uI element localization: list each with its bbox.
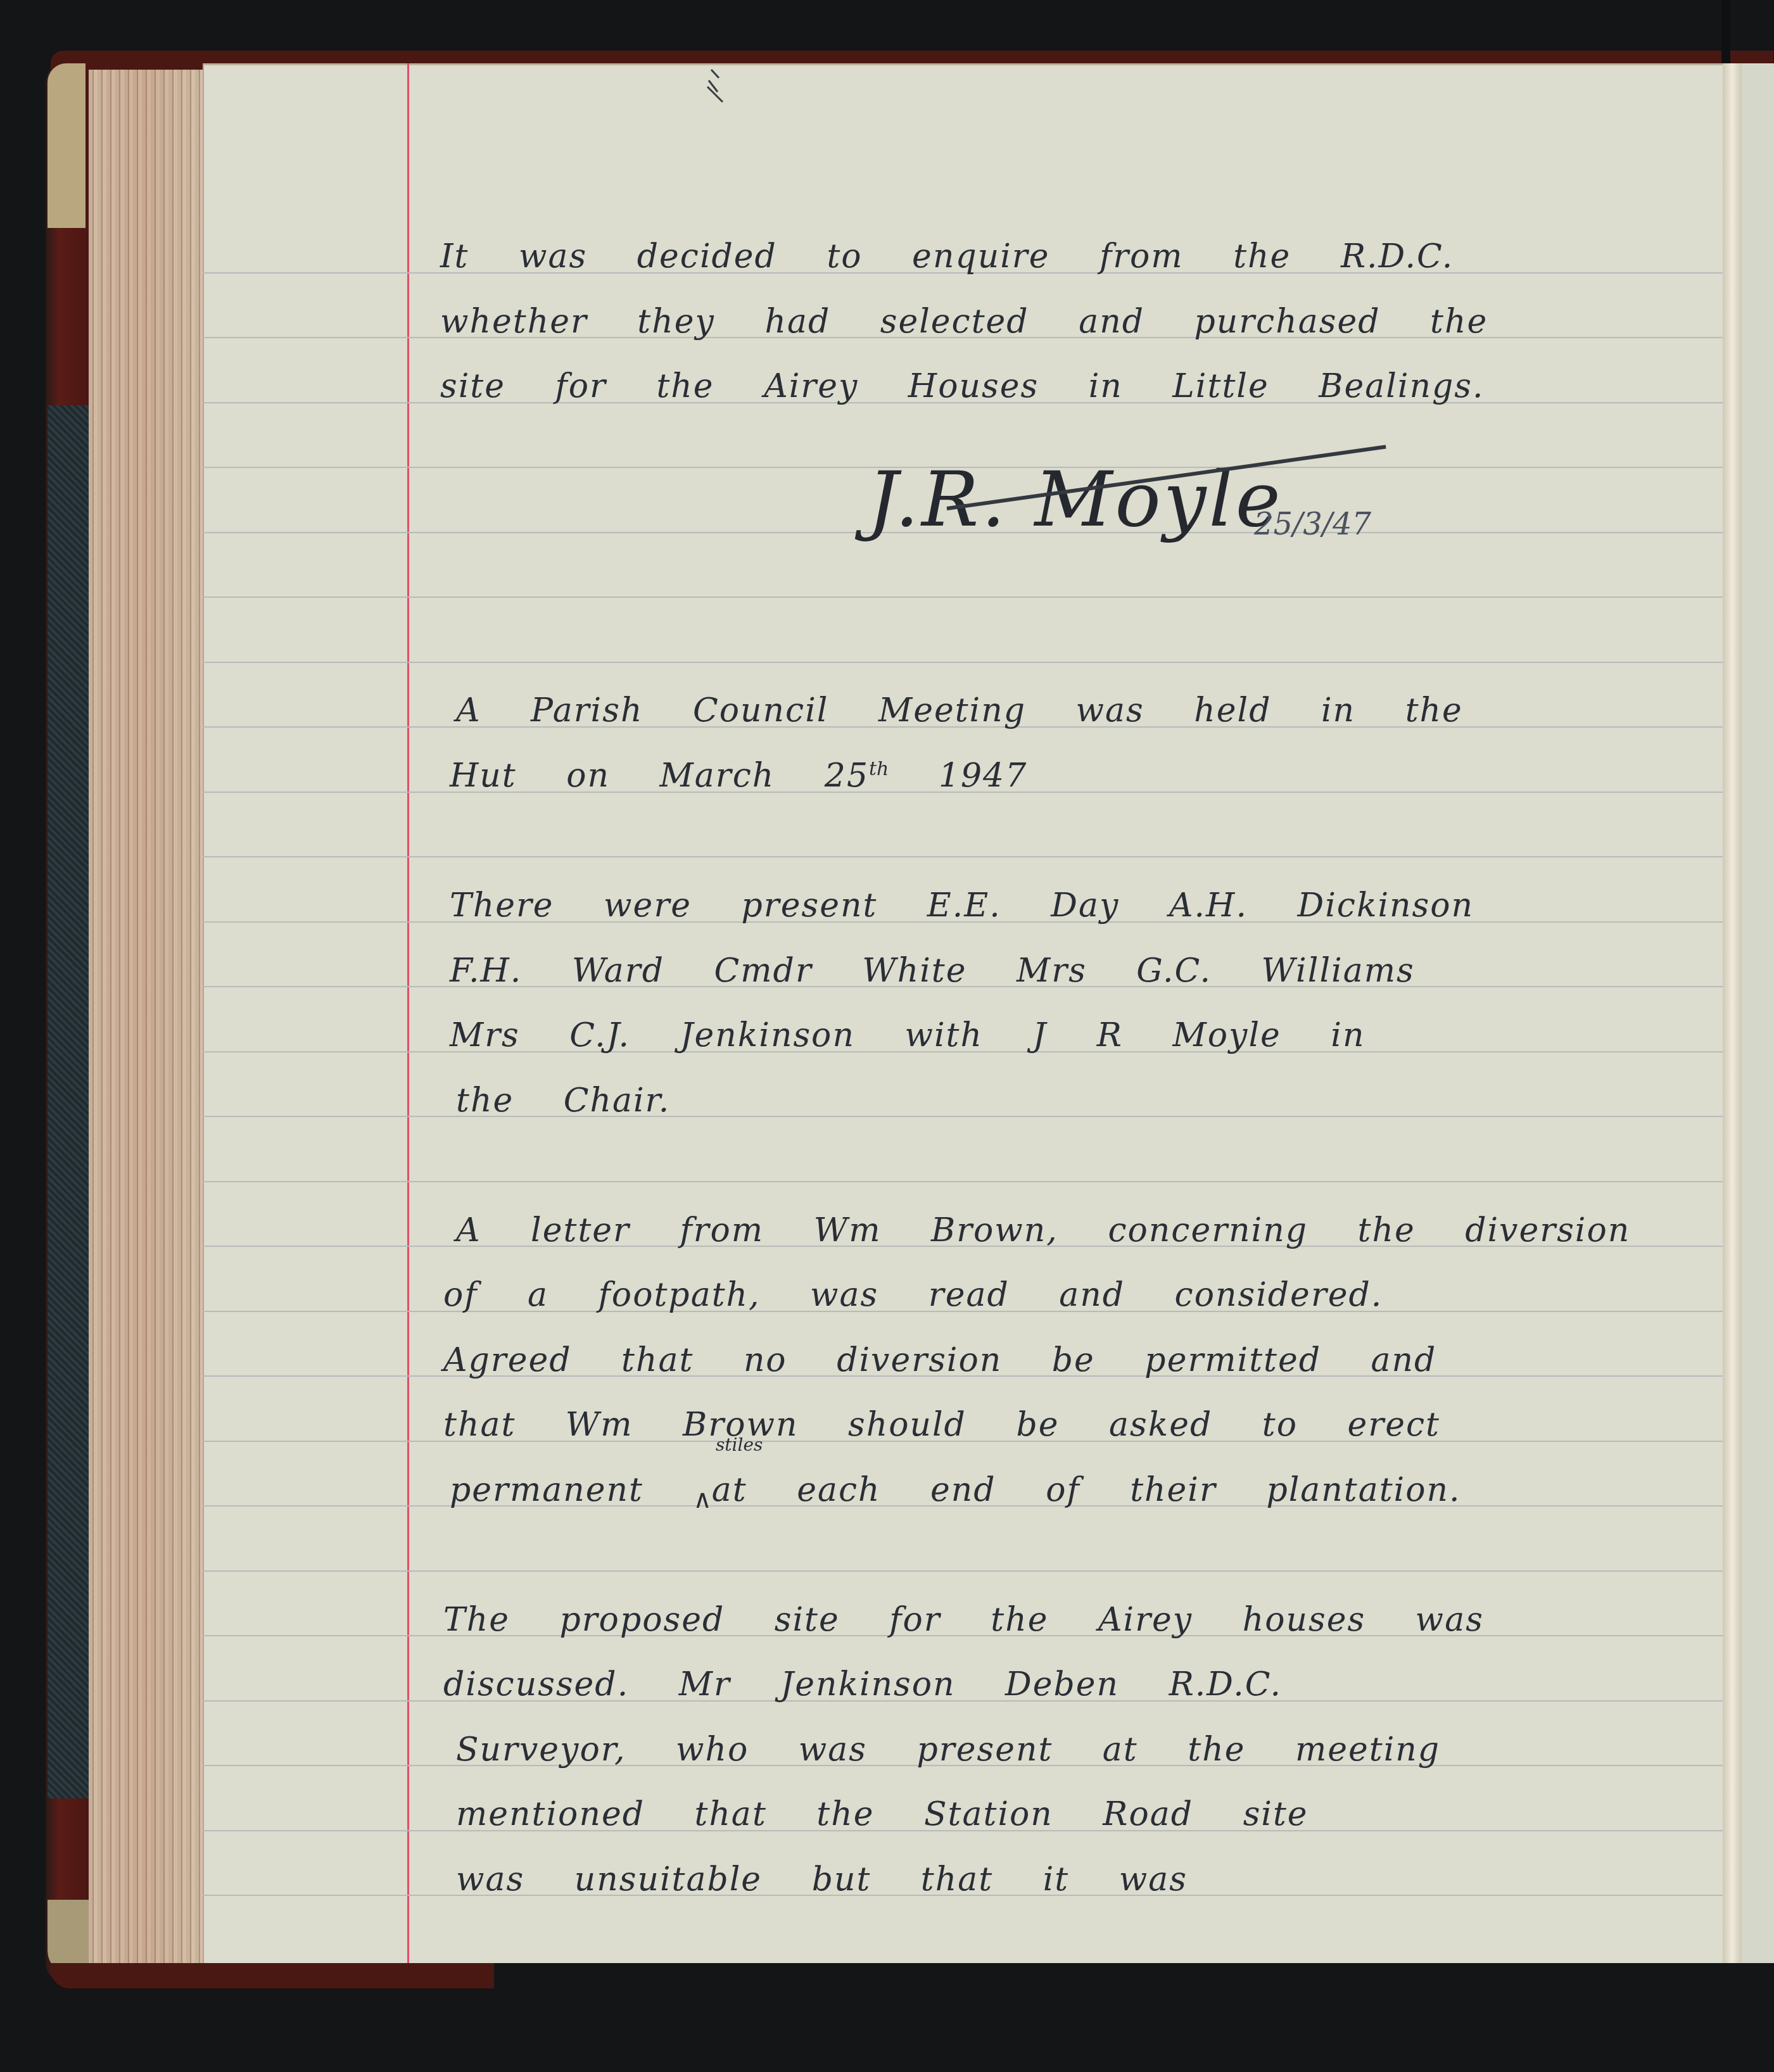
ruled-line bbox=[203, 597, 1723, 598]
site-line: was unsuitable but that it was bbox=[456, 1860, 1188, 1898]
worn-corner-top bbox=[48, 63, 86, 228]
footpath-line: A letter from Wm Brown, concerning the d… bbox=[456, 1211, 1630, 1249]
inserted-word: stiles bbox=[716, 1434, 763, 1455]
footpath-text: permanent bbox=[450, 1471, 643, 1509]
ruled-line bbox=[203, 1181, 1723, 1182]
red-margin-line bbox=[407, 63, 409, 1963]
insertion-caret: ∧ bbox=[693, 1485, 711, 1514]
ruled-line bbox=[203, 1116, 1723, 1117]
footpath-line: Agreed that no diversion be permitted an… bbox=[443, 1341, 1436, 1379]
footpath-line: that Wm Brown should be asked to erect bbox=[443, 1406, 1440, 1444]
pencil-mark bbox=[706, 66, 725, 104]
ruled-line bbox=[203, 1570, 1723, 1572]
attendance-line: the Chair. bbox=[456, 1082, 670, 1120]
page-block-edges bbox=[89, 70, 203, 1963]
footpath-line: permanent ∧at each end of their plantati… bbox=[450, 1471, 1461, 1514]
footpath-line: of a footpath, was read and considered. bbox=[443, 1276, 1383, 1314]
footpath-text: at each end of their plantation. bbox=[712, 1471, 1461, 1509]
ruled-line bbox=[203, 856, 1723, 857]
minute-line: It was decided to enquire from the R.D.C… bbox=[440, 237, 1454, 275]
binding-gap bbox=[1721, 0, 1730, 63]
attendance-line: There were present E.E. Day A.H. Dickins… bbox=[450, 887, 1474, 925]
site-line: discussed. Mr Jenkinson Deben R.D.C. bbox=[443, 1665, 1282, 1703]
facing-page-edge bbox=[1742, 63, 1774, 1963]
date-ordinal: th bbox=[869, 758, 889, 780]
site-line: mentioned that the Station Road site bbox=[456, 1795, 1308, 1833]
signature-date: 25/3/47 bbox=[1254, 507, 1371, 542]
site-line: Surveyor, who was present at the meeting bbox=[456, 1731, 1440, 1769]
meeting-heading-line: A Parish Council Meeting was held in the bbox=[456, 692, 1463, 730]
site-line: The proposed site for the Airey houses w… bbox=[443, 1601, 1484, 1639]
book-cover-bottom-edge bbox=[51, 1963, 494, 1988]
meeting-year: 1947 bbox=[939, 757, 1027, 795]
attendance-line: F.H. Ward Cmdr White Mrs G.C. Williams bbox=[450, 952, 1415, 990]
attendance-line: Mrs C.J. Jenkinson with J R Moyle in bbox=[450, 1016, 1365, 1054]
page-left-rule bbox=[203, 63, 204, 1963]
page-gutter bbox=[1723, 63, 1742, 1963]
book-spine-cloth bbox=[48, 405, 89, 1798]
meeting-heading-line: Hut on March 25th 1947 bbox=[450, 757, 1027, 795]
minute-line: whether they had selected and purchased … bbox=[440, 303, 1488, 341]
minute-line: site for the Airey Houses in Little Beal… bbox=[440, 367, 1484, 405]
meeting-heading-text: Hut on March 25 bbox=[450, 757, 869, 795]
ruled-line bbox=[203, 662, 1723, 663]
